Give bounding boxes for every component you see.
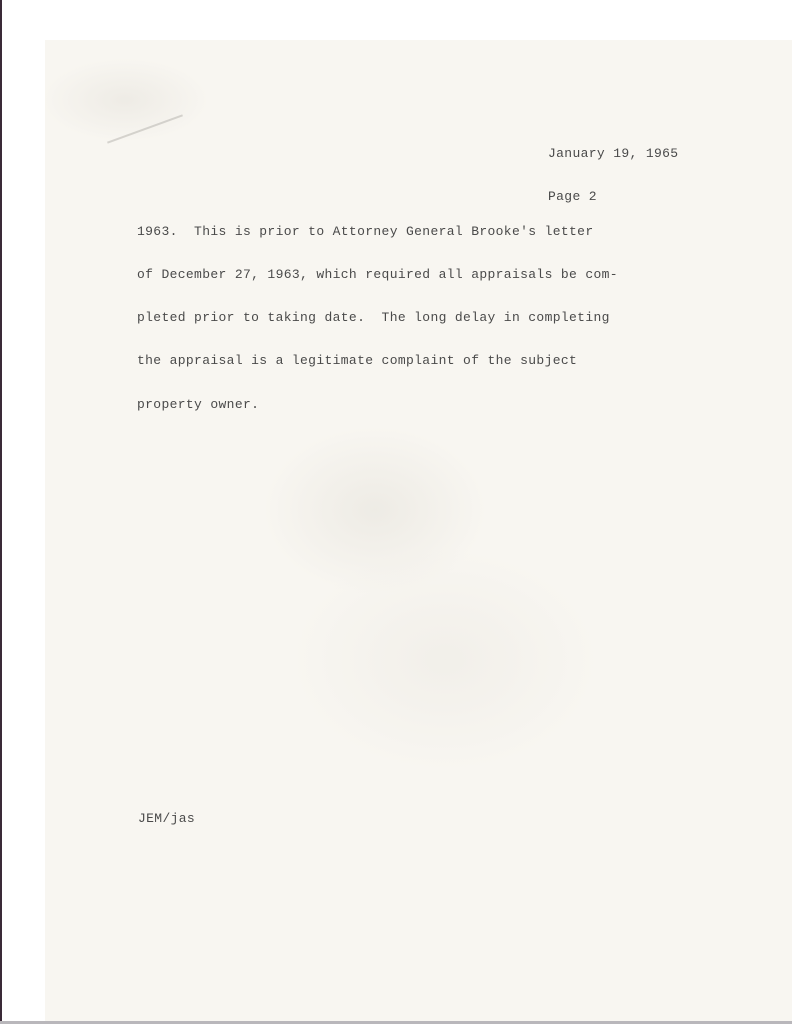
body-line: the appraisal is a legitimate complaint … xyxy=(137,354,618,368)
letter-body: 1963. This is prior to Attorney General … xyxy=(137,196,618,441)
body-line: of December 27, 1963, which required all… xyxy=(137,268,618,282)
body-line: 1963. This is prior to Attorney General … xyxy=(137,225,618,239)
reference-initials: JEM/jas xyxy=(138,812,195,826)
paper-crease-mark xyxy=(107,114,183,143)
document-page: January 19, 1965 Page 2 1963. This is pr… xyxy=(45,40,792,1021)
scanner-left-edge xyxy=(0,0,2,1024)
body-line: property owner. xyxy=(137,398,618,412)
body-line: pleted prior to taking date. The long de… xyxy=(137,311,618,325)
letter-date: January 19, 1965 xyxy=(548,147,678,161)
